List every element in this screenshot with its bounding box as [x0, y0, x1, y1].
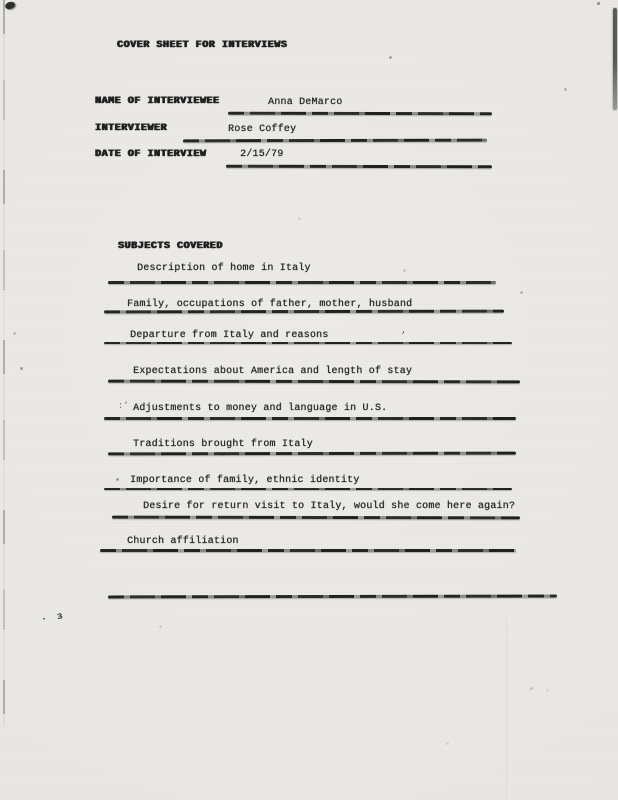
field-label-interviewer: INTERVIEWER — [95, 123, 167, 135]
subject-underline — [104, 488, 512, 490]
scan-right-edge-bar — [613, 8, 617, 110]
subject-line-text: Traditions brought from Italy — [133, 439, 313, 451]
subject-line-text: Adjustments to money and language in U.S… — [133, 403, 387, 415]
field-value-interview-date: 2/15/79 — [240, 149, 283, 161]
scan-corner-blob — [4, 1, 16, 11]
field-label-date-of-interview: DATE OF INTERVIEW — [95, 149, 206, 161]
scan-fold-line — [506, 618, 507, 800]
subject-underline — [112, 516, 520, 519]
field-value-interviewee-name: Anna DeMarco — [268, 97, 342, 109]
subject-line-text: Description of home in Italy — [137, 263, 311, 275]
field-underline-date — [226, 165, 492, 168]
field-value-interviewer: Rose Coffey — [228, 124, 296, 136]
scanned-cover-sheet-page: · ɜ COVER SHEET FOR INTERVIEWS NAME OF I… — [0, 0, 618, 800]
subject-underline — [108, 452, 516, 455]
subject-underline — [104, 417, 516, 420]
subject-line-text: Desire for return visit to Italy, would … — [143, 501, 515, 513]
page-title: COVER SHEET FOR INTERVIEWS — [117, 40, 287, 52]
field-underline-interviewer — [183, 139, 487, 142]
subject-underline — [108, 380, 520, 383]
margin-scribble: · ɜ — [40, 611, 66, 626]
scan-noise-specks — [0, 0, 1, 1]
subject-underline — [104, 310, 504, 313]
subjects-heading: SUBJECTS COVERED — [118, 241, 223, 253]
stray-ink-mark: ’ — [400, 331, 405, 341]
stray-ink-mark: :’ — [118, 401, 129, 411]
field-underline-interviewee — [228, 112, 492, 115]
subject-line-text: Expectations about America and length of… — [133, 366, 412, 378]
blank-underline — [108, 595, 557, 599]
subject-line-text: Departure from Italy and reasons — [130, 330, 328, 342]
scan-left-edge-line — [3, 0, 5, 726]
subject-underline — [100, 549, 516, 552]
field-label-name-of-interviewee: NAME OF INTERVIEWEE — [95, 96, 219, 108]
subject-underline — [108, 281, 496, 284]
subject-underline — [104, 342, 512, 344]
subject-line-text: Importance of family, ethnic identity — [130, 475, 359, 487]
subject-line-text: Church affiliation — [127, 536, 239, 548]
